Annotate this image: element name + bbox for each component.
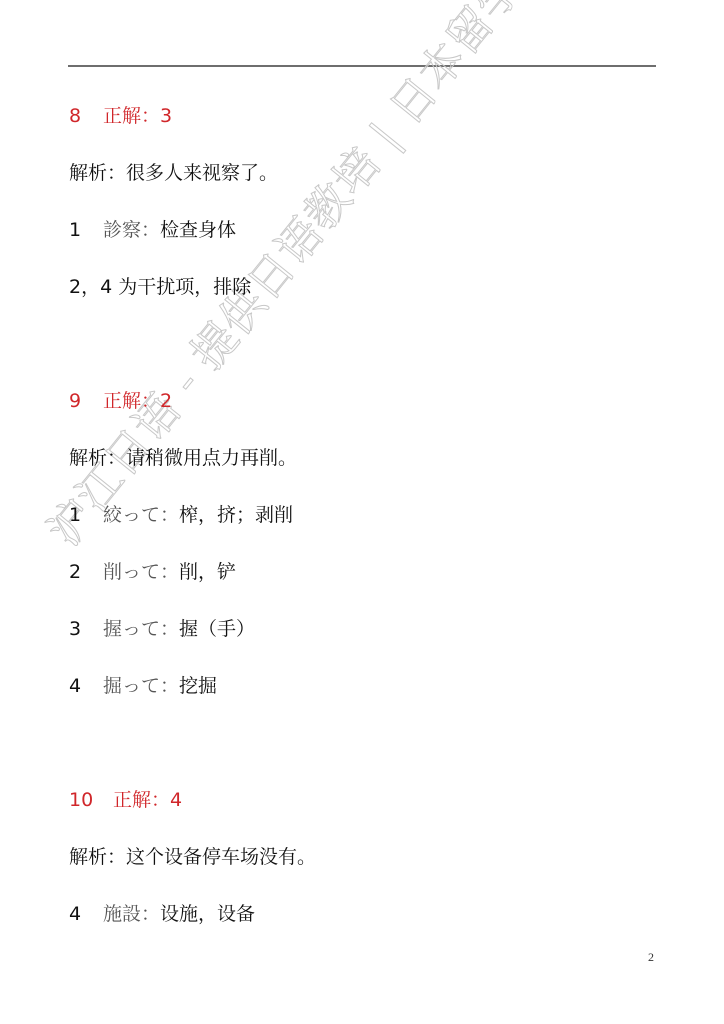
option-meaning: 检查身体	[160, 219, 236, 241]
option-term: 絞って：	[103, 504, 179, 526]
answer-label: 正解：2	[103, 390, 172, 412]
question-number: 10	[69, 788, 113, 812]
option-number: 1	[69, 503, 103, 527]
question-9-option-1: 1絞って：榨，挤；剥削	[69, 503, 293, 527]
question-10-answer: 10正解：4	[69, 788, 182, 812]
question-9-option-4: 4掘って：挖掘	[69, 674, 217, 698]
option-term: 削って：	[103, 561, 179, 583]
question-8-answer: 8正解：3	[69, 104, 172, 128]
answer-label: 正解：4	[113, 789, 182, 811]
option-meaning: 削，铲	[179, 561, 236, 583]
option-number: 3	[69, 617, 103, 641]
question-number: 9	[69, 389, 103, 413]
option-term: 握って：	[103, 618, 179, 640]
page-number: 2	[648, 950, 654, 965]
question-8-note: 2，4 为干扰项，排除	[69, 275, 251, 299]
option-number: 2	[69, 560, 103, 584]
option-meaning: 设施，设备	[160, 903, 255, 925]
option-meaning: 挖掘	[179, 675, 217, 697]
option-number: 4	[69, 674, 103, 698]
question-9-answer: 9正解：2	[69, 389, 172, 413]
option-term: 診察：	[103, 219, 160, 241]
question-8-option-1: 1診察：检查身体	[69, 218, 236, 242]
option-meaning: 榨，挤；剥削	[179, 504, 293, 526]
answer-label: 正解：3	[103, 105, 172, 127]
question-9-option-2: 2削って：削，铲	[69, 560, 236, 584]
header-rule	[68, 65, 656, 67]
question-8-analysis: 解析：很多人来视察了。	[69, 161, 278, 185]
option-number: 4	[69, 902, 103, 926]
option-term: 掘って：	[103, 675, 179, 697]
question-10-option-4: 4施設：设施，设备	[69, 902, 255, 926]
question-10-analysis: 解析：这个设备停车场没有。	[69, 845, 316, 869]
question-9-option-3: 3握って：握（手）	[69, 617, 255, 641]
option-meaning: 握（手）	[179, 618, 255, 640]
option-number: 1	[69, 218, 103, 242]
question-number: 8	[69, 104, 103, 128]
option-term: 施設：	[103, 903, 160, 925]
question-9-analysis: 解析：请稍微用点力再削。	[69, 446, 297, 470]
